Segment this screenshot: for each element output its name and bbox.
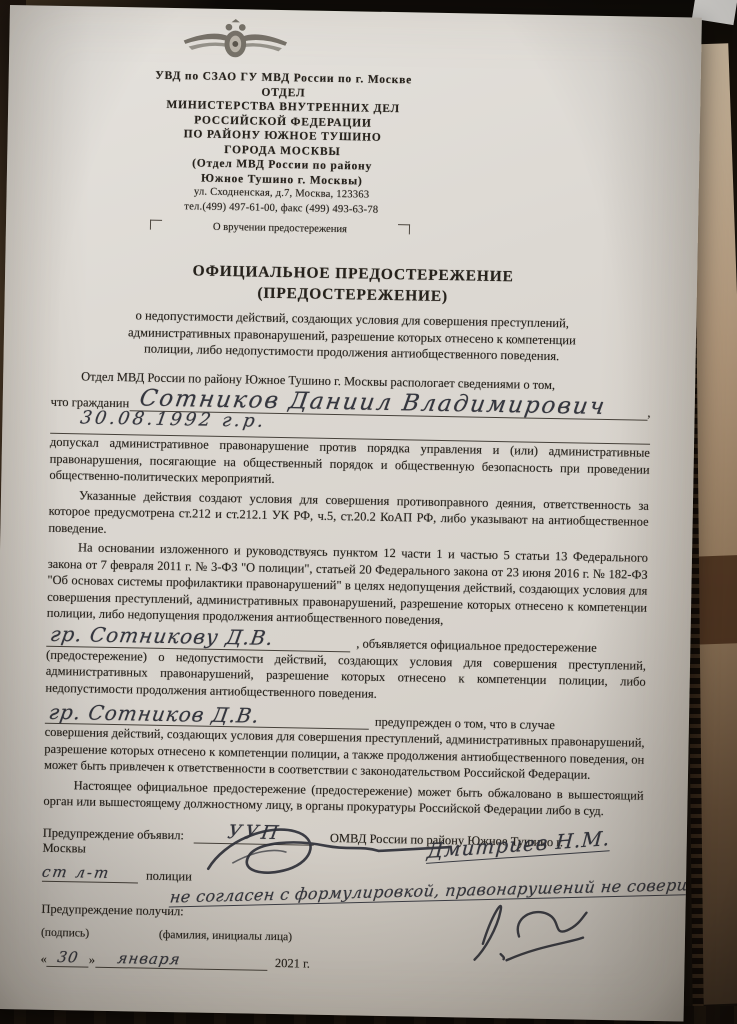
month-field: января — [95, 948, 203, 969]
paragraph-5: Настоящее официальное предостережение (п… — [43, 776, 644, 820]
paragraph-4-rest: совершения действий, создающих условия д… — [44, 724, 645, 784]
rank-field: ст л-т — [42, 862, 138, 883]
stamp-bracket-left — [150, 220, 162, 230]
received-by-label: Предупреждение получил: — [41, 901, 184, 919]
handwritten-birthdate: 30.08.1992 г.р. — [79, 410, 267, 430]
handwritten-month: января — [116, 949, 182, 968]
signature-section: Предупреждение объявил: УУП ОМВД России … — [40, 817, 643, 996]
paragraph-2: Указанные действия создают условия для с… — [48, 486, 649, 546]
mvd-eagle-emblem — [175, 17, 296, 69]
rank-row: ст л-т полиции — [42, 862, 192, 884]
delivery-stamp-area: О вручении предостережения — [150, 220, 410, 245]
document-photo: УВД по СЗАО ГУ МВД России по г. Москве О… — [0, 0, 737, 1024]
handwritten-rank: ст л-т — [41, 862, 112, 881]
date-row: « 30 » января 2021 г. — [40, 947, 310, 971]
paragraph-3: На основании изложенного и руководствуяс… — [47, 539, 648, 632]
document-title-block: ОФИЦИАЛЬНОЕ ПРЕДОСТЕРЕЖЕНИЕ (ПРЕДОСТЕРЕЖ… — [52, 258, 654, 366]
paragraph-1-rest: допускал административное правонарушение… — [49, 434, 650, 494]
rank-word: полиции — [146, 868, 192, 884]
letterhead: УВД по СЗАО ГУ МВД России по г. Москве О… — [106, 68, 459, 219]
title-subtitle: о недопустимости действий, создающих усл… — [111, 307, 594, 365]
comma: , — [647, 404, 650, 421]
issuing-org-line2: Москвы — [42, 840, 86, 856]
day-field: 30 — [47, 947, 89, 967]
stamp-bracket-right — [398, 224, 410, 234]
document-body: Отдел МВД России по району Южное Тушино … — [43, 367, 651, 820]
blank-field — [203, 968, 267, 970]
recipient-signature — [448, 883, 610, 974]
signature-caption: (подпись) — [41, 925, 89, 939]
handwritten-warned-person: гр. Сотников Д.В. — [47, 700, 261, 726]
handwritten-addressee: гр. Сотникову Д.В. — [49, 623, 276, 649]
warning-document-page: УВД по СЗАО ГУ МВД России по г. Москве О… — [0, 5, 702, 1022]
handwritten-day: 30 — [56, 948, 80, 966]
paragraph-3-continued: (предостережение) о недопустимости дейст… — [45, 646, 646, 706]
year-label: 2021 г. — [275, 956, 310, 972]
stamp-note: О вручении предостережения — [213, 222, 347, 235]
name-caption: (фамилия, инициалы лица) — [159, 927, 292, 942]
